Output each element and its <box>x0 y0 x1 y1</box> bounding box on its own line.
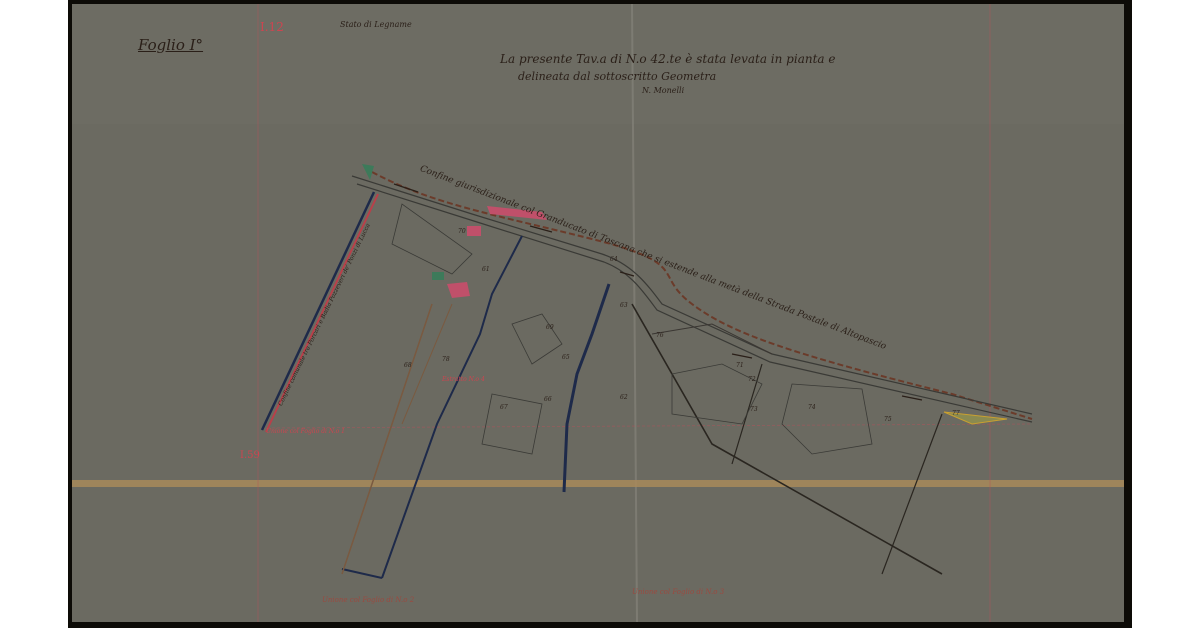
map-sheet: Foglio I° I.12 Stato di Legname La prese… <box>72 4 1124 622</box>
parcel-number: 66 <box>544 396 552 403</box>
parcel-number: 78 <box>442 356 450 363</box>
certification-line-2: delineata dal sottoscritto Geometra <box>518 70 716 83</box>
parcel-number: 72 <box>748 376 756 383</box>
certification-line-1: La presente Tav.a di N.o 42.te è stata l… <box>500 52 835 66</box>
map-drawing <box>72 4 1124 622</box>
parcel-number: 71 <box>736 362 744 369</box>
parcel-number: 77 <box>952 410 960 417</box>
parcel-number: 65 <box>562 354 570 361</box>
section-ref-left: I.59 <box>240 450 260 461</box>
parcel-number: 61 <box>482 266 490 273</box>
section-ref-top: I.12 <box>260 20 284 34</box>
header-note: Stato di Legname <box>340 20 412 29</box>
red-annotation-extract: Estratto N.o 4 <box>442 376 485 383</box>
parcel-number: 70 <box>458 228 466 235</box>
parcel-number: 76 <box>656 332 664 339</box>
red-annotation-union: Unione col Foglio di N.o 1 <box>266 428 345 435</box>
parcel-number: 74 <box>808 404 816 411</box>
parcel-number: 63 <box>620 302 628 309</box>
parcel-number: 69 <box>546 324 554 331</box>
parcel-number: 68 <box>404 362 412 369</box>
parcel-number: 64 <box>610 256 618 263</box>
sheet-label: Foglio I° <box>138 36 203 54</box>
bottom-right-union-label: Unione col Foglio di N.o 3 <box>632 588 724 596</box>
parcel-number: 73 <box>750 406 758 413</box>
bottom-left-union-label: Unione col Foglio di N.o 2 <box>322 596 414 604</box>
parcel-number: 62 <box>620 394 628 401</box>
certification-signature: N. Monelli <box>642 86 684 95</box>
parcel-number: 75 <box>884 416 892 423</box>
parcel-number: 67 <box>500 404 508 411</box>
